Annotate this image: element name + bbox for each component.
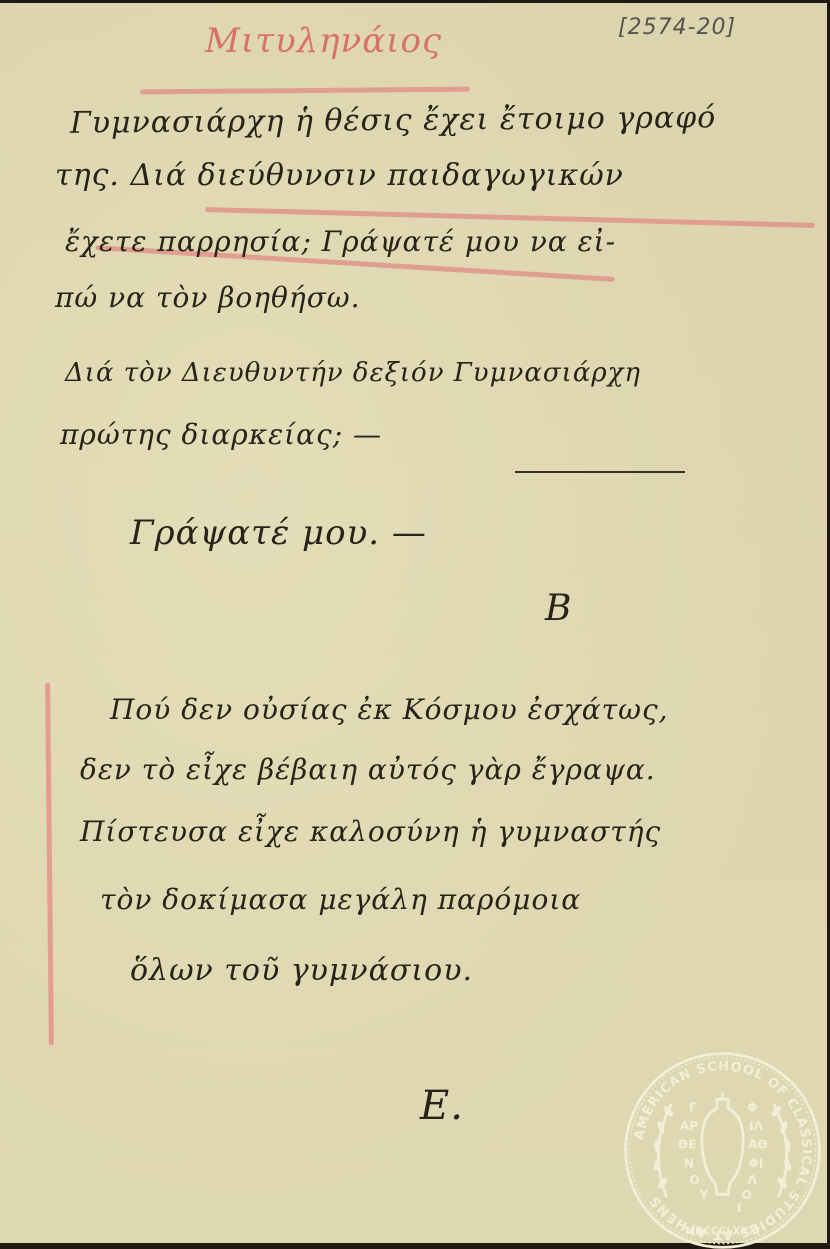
text-line: Διά τὸν Διευθυντήν δεξιόν Γυμνασιάρχη [65, 358, 641, 388]
reference-number: [2574-20] [618, 15, 736, 40]
svg-text:Υ: Υ [698, 1188, 708, 1202]
text-line: πρώτης διαρκείας; — [60, 418, 382, 451]
seal-emblem-icon: AMERICAN SCHOOL OF CLASSICAL STUDIES AT … [620, 1048, 825, 1249]
text-line: Πίστευσα εἶχε καλοσύνη ἡ γυμναστής [80, 815, 661, 848]
svg-text:ΘΕ: ΘΕ [678, 1138, 697, 1152]
text-line: δεν τὸ εἶχε βέβαιη αὐτός γὰρ ἔγραψα. [80, 753, 656, 786]
text-line: πώ να τὸν βοηθήσω. [55, 281, 361, 314]
svg-text:ΦΙ: ΦΙ [749, 1156, 764, 1170]
dash-stroke [515, 471, 685, 473]
svg-text:MDCCCLXXXI: MDCCCLXXXI [685, 1225, 760, 1237]
svg-text:Ι: Ι [737, 1201, 742, 1215]
text-line: Πού δεν οὐσίας ἐκ Κόσμου ἐσχάτως, [110, 693, 669, 726]
svg-text:ΑΘ: ΑΘ [748, 1138, 768, 1152]
svg-text:Ν: Ν [684, 1156, 694, 1170]
text-line: Β [545, 588, 572, 629]
letter-page: [2574-20] Μιτυληνάιος Γυμνασιάρχη ἡ θέσι… [0, 3, 827, 1243]
svg-text:ΙΛ: ΙΛ [749, 1119, 764, 1133]
text-line: ὅλων τοῦ γυμνάσιου. [130, 953, 473, 988]
svg-text:ΑΡ: ΑΡ [680, 1119, 698, 1133]
svg-text:Λ: Λ [748, 1173, 758, 1187]
text-line: τὸν δοκίμασα μεγάλη παρόμοια [100, 883, 581, 916]
red-margin-line [45, 683, 54, 1045]
red-pencil-heading: Μιτυληνάιος [205, 21, 442, 61]
svg-text:Φ: Φ [747, 1100, 757, 1114]
signature: Ε. [420, 1083, 464, 1129]
svg-text:Γ: Γ [689, 1100, 697, 1114]
red-underline [140, 87, 470, 95]
svg-text:Ο: Ο [689, 1173, 699, 1187]
text-line: ἔχετε παρρησία; Γράψατέ μου να εἰ- [65, 225, 616, 258]
svg-text:Ο: Ο [742, 1188, 752, 1202]
text-line: της. Διά διεύθυνσιν παιδαγωγικών [55, 158, 624, 193]
text-line: Γυμνασιάρχη ἡ θέσις ἔχει ἔτοιμο γραφό [70, 100, 717, 141]
text-line: Γράψατέ μου. — [130, 513, 427, 553]
watermark-seal: AMERICAN SCHOOL OF CLASSICAL STUDIES AT … [620, 1048, 825, 1249]
